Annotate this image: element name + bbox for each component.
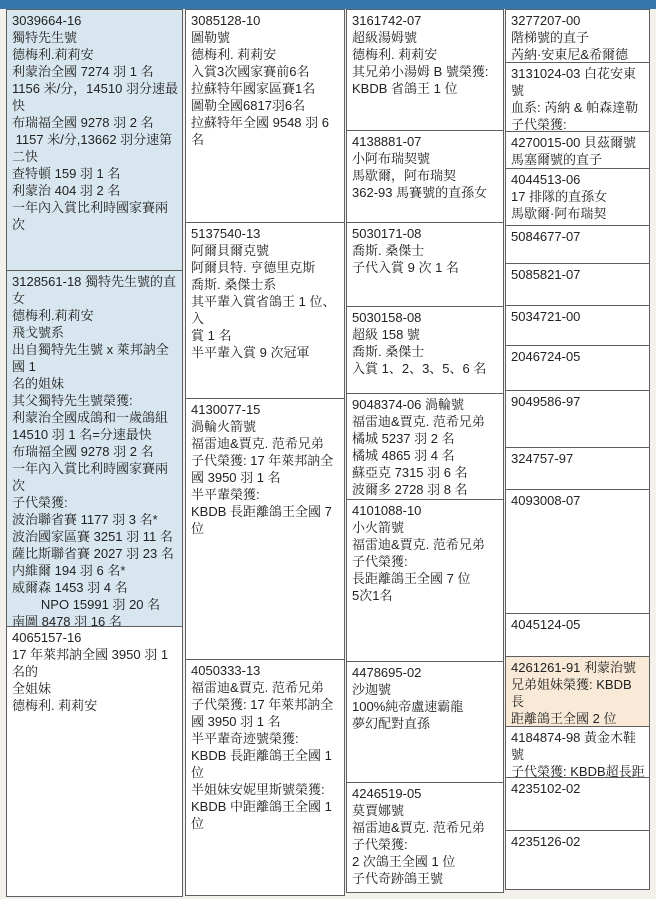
pedigree-line: 4065157-16: [12, 629, 179, 646]
pedigree-line: 喬斯. 桑傑士: [352, 242, 500, 259]
pedigree-cell: 4138881-07小阿布瑞契號馬歇爾，阿布瑞契362-93 馬賽號的直孫女: [346, 130, 504, 223]
pedigree-line: 一年內入賞比利時國家賽兩次: [12, 199, 179, 233]
pedigree-line: 1156 米/分，14510 羽分速最快: [12, 80, 179, 114]
pedigree-cell: 3277207-00階梯號的直子芮納·安東尼&希爾德: [505, 9, 650, 63]
pedigree-cell: 4130077-15渦輪火箭號福雷迪&賈克. 范希兄弟子代榮獲: 17 年萊邦訥…: [185, 398, 345, 660]
pedigree-line: 4138881-07: [352, 133, 500, 150]
pedigree-line: 小火箭號: [352, 519, 500, 536]
pedigree-line: 國 3950 羽 1 名: [191, 713, 341, 730]
pedigree-line: 利蒙治 404 羽 2 名: [12, 182, 179, 199]
pedigree-line: 4044513-06: [511, 171, 646, 188]
pedigree-line: 半平輩榮獲:: [191, 486, 341, 503]
pedigree-cell: 3131024-03 白花安東號血系: 芮納 & 帕森達勒子代榮獲:KBDB冠軍…: [505, 62, 650, 132]
pedigree-line: 其父獨特先生號榮獲:: [12, 392, 179, 409]
pedigree-line: 布瑞福全國 9278 羽 2 名: [12, 114, 179, 131]
pedigree-column-3: 3161742-07超級湯姆號德梅利. 莉莉安其兄弟小湯姆 B 號榮獲:KBDB…: [346, 9, 504, 893]
pedigree-line: 其平輩入賞省鴿王 1 位、入: [191, 293, 341, 327]
pedigree-line: 沙迦號: [352, 681, 500, 698]
pedigree-line: 3039664-16: [12, 12, 179, 29]
pedigree-line: 橘城 5237 羽 2 名: [352, 430, 500, 447]
pedigree-line: 4235126-02: [511, 833, 646, 850]
pedigree-line: NPO 15991 羽 20 名: [12, 596, 179, 613]
pedigree-line: 17 排隊的直孫女: [511, 188, 646, 205]
pedigree-line: 子代榮獲: 17 年萊邦訥全: [191, 696, 341, 713]
pedigree-cell: 5084677-07: [505, 225, 650, 264]
pedigree-line: 2 次鴿王全國 1 位: [352, 853, 500, 870]
pedigree-column-4: 3277207-00階梯號的直子芮納·安東尼&希爾德3131024-03 白花安…: [505, 9, 650, 890]
pedigree-cell: 4044513-0617 排隊的直孫女馬歇爾·阿布瑞契: [505, 168, 650, 226]
pedigree-cell: 4246519-05莫賈娜號福雷迪&賈克. 范希兄弟子代榮獲:2 次鴿王全國 1…: [346, 782, 504, 893]
pedigree-cell: 5030158-08超級 158 號喬斯. 桑傑士入賞 1、2、3、5、6 名: [346, 306, 504, 394]
pedigree-line: 100%純帝盧速霸龍: [352, 698, 500, 715]
pedigree-line: 14510 羽 1 名=分速最快: [12, 426, 179, 443]
pedigree-line: KBDB 中距離鴿王全國 1 位: [191, 798, 341, 832]
pedigree-line: 德梅利.莉莉安: [12, 46, 179, 63]
pedigree-line: 布瑞福全國 9278 羽 2 名: [12, 443, 179, 460]
pedigree-line: 4184874-98 黃金木鞋號: [511, 729, 646, 763]
pedigree-line: 3085128-10: [191, 12, 341, 29]
pedigree-line: 一年內入賞比利時國家賽兩次: [12, 460, 179, 494]
pedigree-line: 福雷迪&賈克. 范希兄弟: [352, 536, 500, 553]
pedigree-line: 查特頓 159 羽 1 名: [12, 165, 179, 182]
pedigree-line: 喬斯. 桑傑士: [352, 343, 500, 360]
pedigree-cell: 4045124-05: [505, 613, 650, 657]
pedigree-cell: 3128561-18 獨特先生號的直女德梅利.莉莉安飛戈號系出自獨特先生號 x …: [6, 270, 183, 627]
pedigree-cell: 5034721-00: [505, 305, 650, 346]
pedigree-line: 莫賈娜號: [352, 802, 500, 819]
pedigree-line: 福雷迪&賈克. 范希兄弟: [191, 679, 341, 696]
pedigree-line: 4261261-91 利蒙治號: [511, 659, 646, 676]
pedigree-line: 福雷迪&賈克. 范希兄弟: [352, 413, 500, 430]
pedigree-line: 階梯號的直子: [511, 29, 646, 46]
pedigree-line: 9049586-97: [511, 393, 646, 410]
pedigree-cell: 4270015-00 貝茲爾號馬塞爾號的直子: [505, 131, 650, 169]
pedigree-line: 夢幻配對直孫: [352, 715, 500, 732]
pedigree-cell: 4101088-10小火箭號福雷迪&賈克. 范希兄弟子代榮獲:長距離鴿王全國 7…: [346, 499, 504, 662]
pedigree-cell: 5085821-07: [505, 263, 650, 306]
pedigree-line: 全姐妹: [12, 680, 179, 697]
pedigree-line: 4478695-02: [352, 664, 500, 681]
pedigree-line: 2046724-05: [511, 348, 646, 365]
pedigree-line: 馬歇爾，阿布瑞契: [352, 167, 500, 184]
top-border-bar: [0, 0, 656, 9]
pedigree-line: 拉蘇特年國家區賽1名: [191, 80, 341, 97]
pedigree-line: 馬歇爾·阿布瑞契: [511, 205, 646, 222]
pedigree-line: 子代榮獲:: [511, 116, 646, 132]
pedigree-line: 橘城 4865 羽 4 名: [352, 447, 500, 464]
pedigree-line: 其兄弟小湯姆 B 號榮獲:: [352, 63, 500, 80]
pedigree-line: 3277207-00: [511, 12, 646, 29]
pedigree-line: 子代入賞 9 次 1 名: [352, 259, 500, 276]
pedigree-line: 德梅利.莉莉安: [12, 307, 179, 324]
pedigree-line: 芮納·安東尼&希爾德: [511, 46, 646, 63]
pedigree-cell: 5030171-08喬斯. 桑傑士子代入賞 9 次 1 名: [346, 222, 504, 307]
pedigree-line: 利蒙治全國成鴿和一歲鴿組: [12, 409, 179, 426]
pedigree-line: 子代榮獲:: [352, 836, 500, 853]
pedigree-line: 子代榮獲: 17 年萊邦訥全: [191, 452, 341, 469]
pedigree-line: 阿爾貝特. 亨德里克斯: [191, 259, 341, 276]
pedigree-line: 血系: 芮納 & 帕森達勒: [511, 99, 646, 116]
pedigree-line: 出自獨特先生號 x 萊邦訥全國 1: [12, 341, 179, 375]
pedigree-cell: 4261261-91 利蒙治號兄弟姐妹榮獲: KBDB 長距離鴿王全國 2 位出…: [505, 656, 650, 727]
pedigree-line: 德梅利. 莉莉安: [12, 697, 179, 714]
pedigree-line: 圖勒號: [191, 29, 341, 46]
pedigree-cell: 9048374-06 渦輪號福雷迪&賈克. 范希兄弟橘城 5237 羽 2 名橘…: [346, 393, 504, 500]
pedigree-line: 威爾森 1453 羽 4 名: [12, 579, 179, 596]
pedigree-line: 喬斯. 桑傑士系: [191, 276, 341, 293]
pedigree-line: 4101088-10: [352, 502, 500, 519]
pedigree-line: 賞 1 名: [191, 327, 341, 344]
pedigree-column-1: 3039664-16獨特先生號德梅利.莉莉安利蒙治全國 7274 羽 1 名11…: [6, 9, 183, 897]
pedigree-line: 薩比斯聯省賽 2027 羽 23 名: [12, 545, 179, 562]
pedigree-line: 半平輩奇迹號榮獲:: [191, 730, 341, 747]
pedigree-line: 9048374-06 渦輪號: [352, 396, 500, 413]
pedigree-line: 3128561-18 獨特先生號的直女: [12, 273, 179, 307]
pedigree-line: KBDB 省鴿王 1 位: [352, 80, 500, 97]
pedigree-line: 入賞 1、2、3、5、6 名: [352, 360, 500, 377]
pedigree-cell: 5137540-13阿爾貝爾克號阿爾貝特. 亨德里克斯喬斯. 桑傑士系其平輩入賞…: [185, 222, 345, 399]
pedigree-line: 德梅利. 莉莉安: [191, 46, 341, 63]
pedigree-cell: 4235126-02: [505, 830, 650, 890]
pedigree-line: 1157 米/分,13662 羽分速第二快: [12, 131, 179, 165]
pedigree-line: 兄弟姐妹榮獲: KBDB 長: [511, 676, 646, 710]
pedigree-line: 距離鴿王全國 2 位: [511, 710, 646, 727]
pedigree-line: 超級 158 號: [352, 326, 500, 343]
pedigree-line: 5030171-08: [352, 225, 500, 242]
pedigree-line: 長距離鴿王全國 7 位: [352, 570, 500, 587]
pedigree-line: 5137540-13: [191, 225, 341, 242]
pedigree-line: 3131024-03 白花安東號: [511, 65, 646, 99]
pedigree-line: 入賞3次國家賽前6名: [191, 63, 341, 80]
pedigree-line: 小阿布瑞契號: [352, 150, 500, 167]
pedigree-line: 4045124-05: [511, 616, 646, 633]
pedigree-cell: 4478695-02沙迦號100%純帝盧速霸龍夢幻配對直孫: [346, 661, 504, 783]
pedigree-line: 324757-97: [511, 450, 646, 467]
pedigree-line: 半姐妹安妮里斯號榮獲:: [191, 781, 341, 798]
pedigree-line: 飛戈號系: [12, 324, 179, 341]
pigeon-pedigree-document: 3039664-16獨特先生號德梅利.莉莉安利蒙治全國 7274 羽 1 名11…: [0, 0, 656, 899]
pedigree-line: 波治聯省賽 1177 羽 3 名*: [12, 511, 179, 528]
pedigree-line: 圖勒全國6817羽6名: [191, 97, 341, 114]
pedigree-line: 波治國家區賽 3251 羽 11 名: [12, 528, 179, 545]
pedigree-line: 5084677-07: [511, 228, 646, 245]
pedigree-line: 5030158-08: [352, 309, 500, 326]
pedigree-line: 福雷迪&賈克. 范希兄弟: [352, 819, 500, 836]
pedigree-line: 4235102-02: [511, 780, 646, 797]
pedigree-cell: 3039664-16獨特先生號德梅利.莉莉安利蒙治全國 7274 羽 1 名11…: [6, 9, 183, 271]
pedigree-line: 4246519-05: [352, 785, 500, 802]
pedigree-line: KBDB 長距離鴿王全國 7 位: [191, 503, 341, 537]
pedigree-line: 3161742-07: [352, 12, 500, 29]
pedigree-cell: 3161742-07超級湯姆號德梅利. 莉莉安其兄弟小湯姆 B 號榮獲:KBDB…: [346, 9, 504, 131]
pedigree-line: 5次1名: [352, 587, 500, 604]
pedigree-line: 蘇亞克 7315 羽 6 名: [352, 464, 500, 481]
pedigree-line: 17 年萊邦訥全國 3950 羽 1 名的: [12, 646, 179, 680]
pedigree-cell: 4184874-98 黃金木鞋號子代榮獲: KBDB超長距離鴿王全國5位: [505, 726, 650, 778]
pedigree-line: 國 3950 羽 1 名: [191, 469, 341, 486]
pedigree-line: 超級湯姆號: [352, 29, 500, 46]
pedigree-cell: 9049586-97: [505, 390, 650, 448]
pedigree-line: 内維爾 194 羽 6 名*: [12, 562, 179, 579]
pedigree-line: 德梅利. 莉莉安: [352, 46, 500, 63]
pedigree-line: 半平輩入賞 9 次冠軍: [191, 344, 341, 361]
pedigree-line: 4270015-00 貝茲爾號: [511, 134, 646, 151]
pedigree-line: 南圖 8478 羽 16 名: [12, 613, 179, 627]
pedigree-line: 阿爾貝爾克號: [191, 242, 341, 259]
pedigree-cell: 4065157-1617 年萊邦訥全國 3950 羽 1 名的全姐妹德梅利. 莉…: [6, 626, 183, 897]
pedigree-cell: 3085128-10圖勒號德梅利. 莉莉安入賞3次國家賽前6名拉蘇特年國家區賽1…: [185, 9, 345, 223]
pedigree-line: 波爾多 2728 羽 8 名: [352, 481, 500, 498]
pedigree-line: 4050333-13: [191, 662, 341, 679]
pedigree-line: 5085821-07: [511, 266, 646, 283]
pedigree-cell: 324757-97: [505, 447, 650, 490]
pedigree-line: 362-93 馬賽號的直孫女: [352, 184, 500, 201]
pedigree-cell: 4235102-02: [505, 777, 650, 831]
pedigree-column-2: 3085128-10圖勒號德梅利. 莉莉安入賞3次國家賽前6名拉蘇特年國家區賽1…: [185, 9, 345, 896]
pedigree-line: 子代榮獲:: [352, 553, 500, 570]
pedigree-line: 子代榮獲:: [12, 494, 179, 511]
pedigree-line: KBDB 長距離鴿王全國 1 位: [191, 747, 341, 781]
pedigree-line: 4093008-07: [511, 492, 646, 509]
pedigree-line: 福雷迪&賈克. 范希兄弟: [191, 435, 341, 452]
pedigree-line: 子代奇跡鴿王號: [352, 870, 500, 887]
pedigree-cell: 2046724-05: [505, 345, 650, 391]
pedigree-line: 子代榮獲: KBDB超長距: [511, 763, 646, 778]
pedigree-line: 5034721-00: [511, 308, 646, 325]
pedigree-cell: 4050333-13福雷迪&賈克. 范希兄弟子代榮獲: 17 年萊邦訥全國 39…: [185, 659, 345, 896]
pedigree-cell: 4093008-07: [505, 489, 650, 614]
pedigree-line: 渦輪火箭號: [191, 418, 341, 435]
pedigree-line: 名的姐妹: [12, 375, 179, 392]
pedigree-line: 4130077-15: [191, 401, 341, 418]
pedigree-line: 拉蘇特年全國 9548 羽 6 名: [191, 114, 341, 148]
pedigree-line: 馬塞爾號的直子: [511, 151, 646, 168]
pedigree-line: 獨特先生號: [12, 29, 179, 46]
pedigree-line: 利蒙治全國 7274 羽 1 名: [12, 63, 179, 80]
